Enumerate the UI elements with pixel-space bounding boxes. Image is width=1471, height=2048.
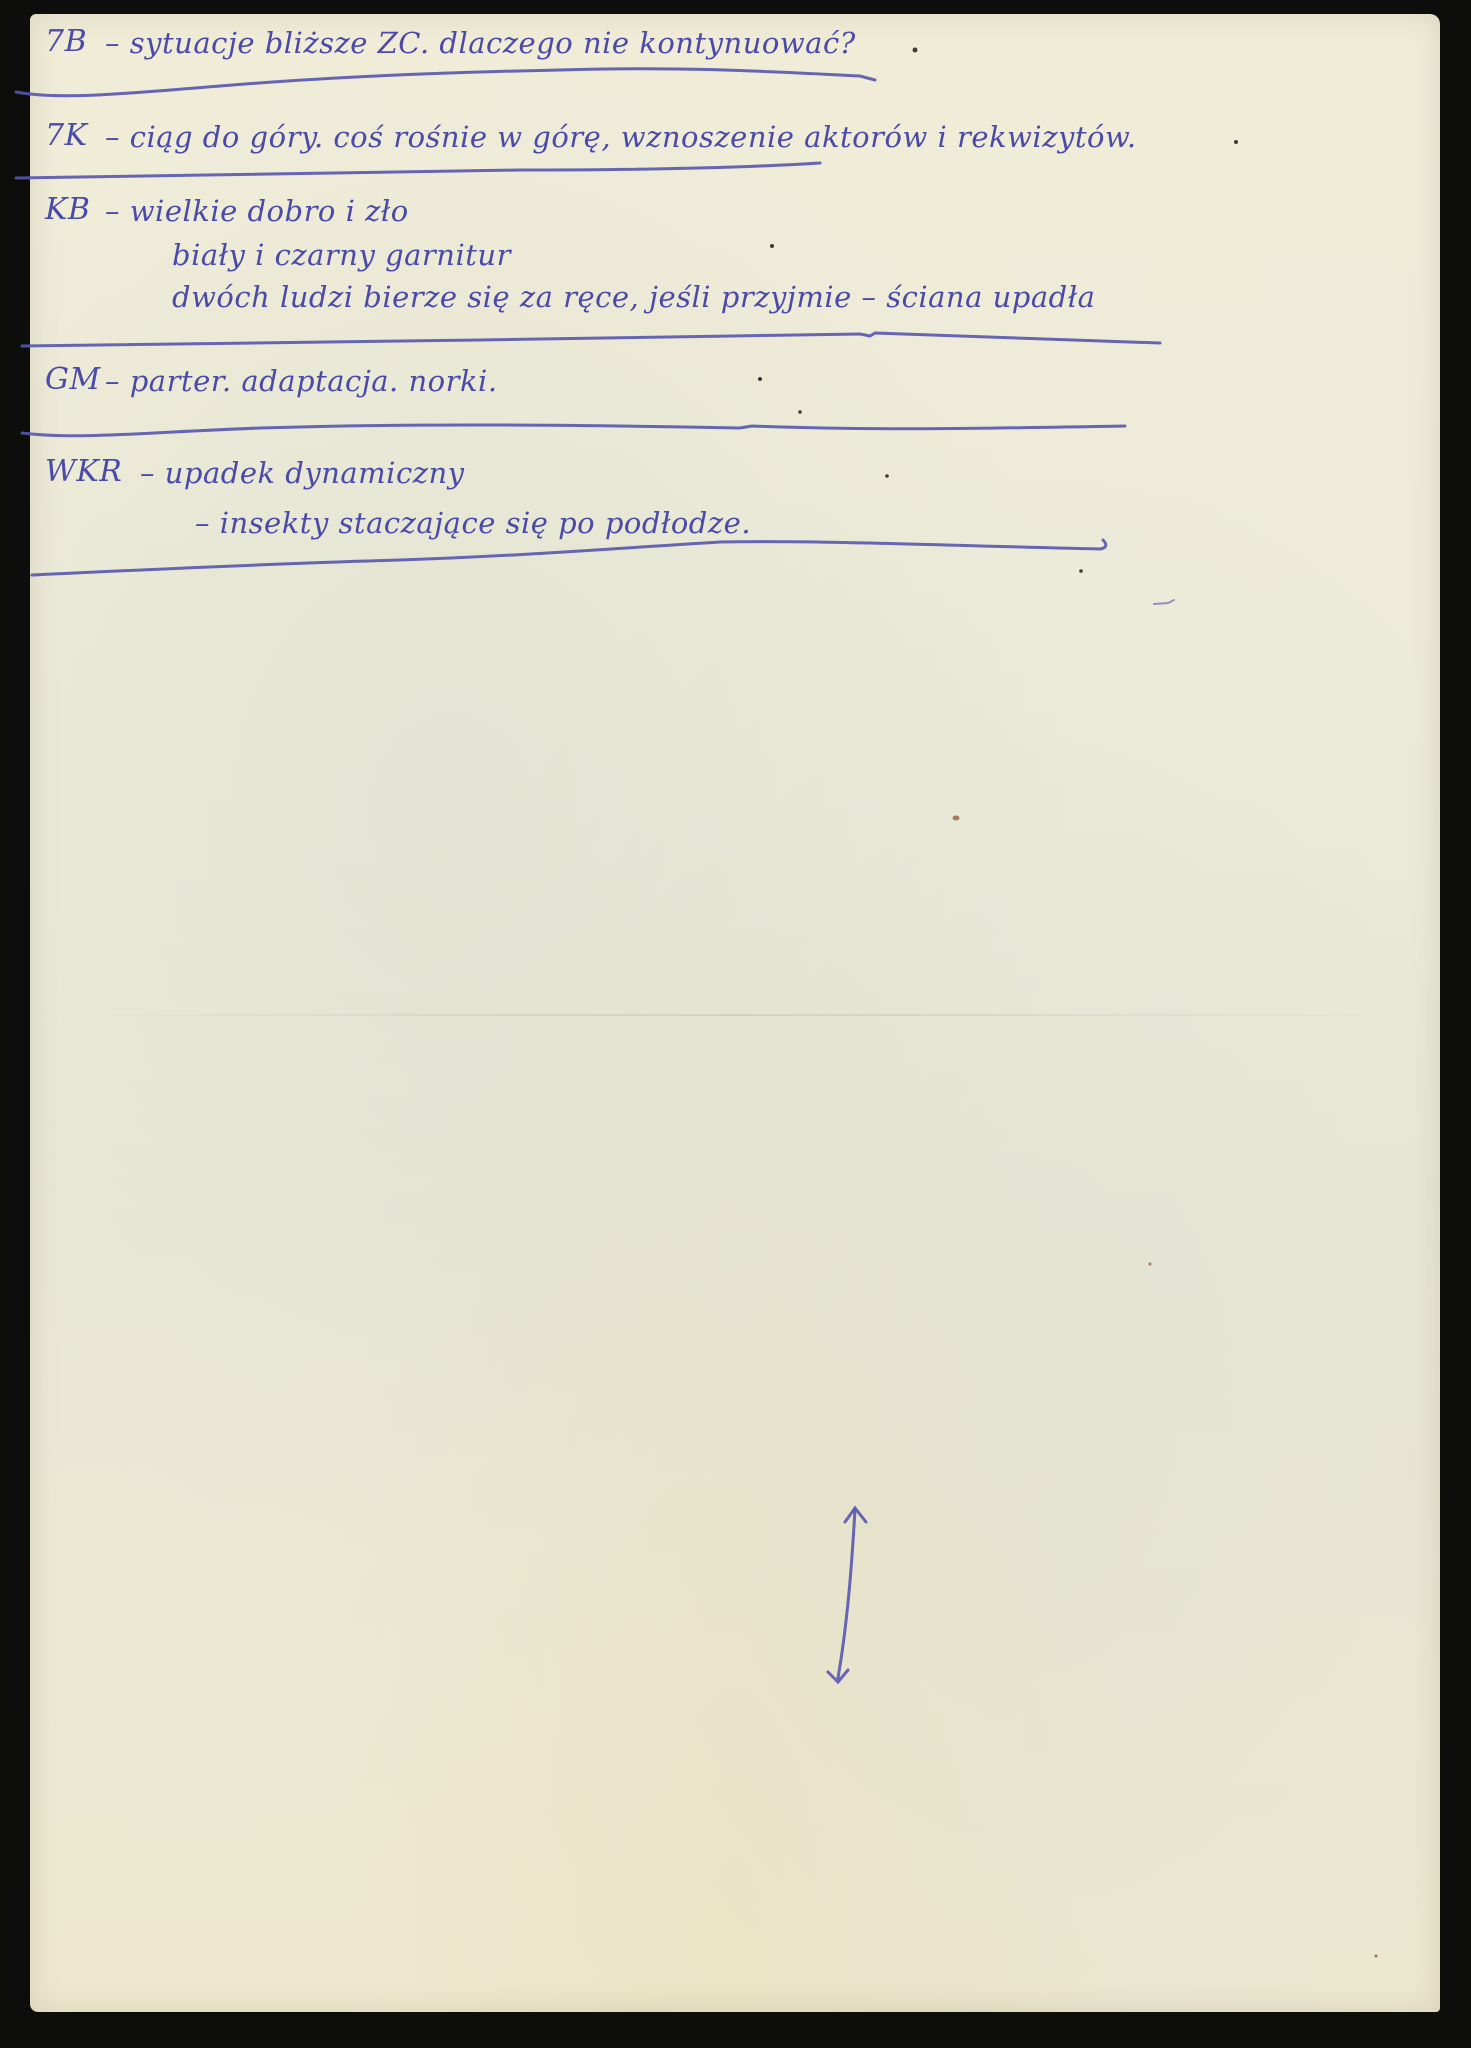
entry-text-kb-line-3: dwóch ludzi bierze się za ręce, jeśli pr… [172, 280, 1095, 314]
entry-text-wkr-line-1: – upadek dynamiczny [140, 456, 465, 490]
entry-text-gm-line-1: – parter. adaptacja. norki. [105, 364, 498, 398]
entry-text-kb-line-1: – wielkie dobro i zło [105, 194, 409, 228]
entry-label-kb: KB [45, 192, 90, 227]
entry-label-gm: GM [45, 362, 101, 397]
entry-label-7k: 7K [45, 118, 88, 153]
entry-text-7b-line-1: – sytuacje bliższe ZC. dlaczego nie kont… [105, 26, 856, 60]
entry-text-7k-line-1: – ciąg do góry. coś rośnie w górę, wznos… [105, 120, 1137, 154]
paper-fold-crease [30, 1014, 1440, 1016]
entry-text-wkr-line-2: – insekty staczające się po podłodze. [195, 506, 751, 540]
entry-label-7b: 7B [45, 24, 87, 59]
entry-label-wkr: WKR [45, 454, 122, 489]
entry-text-kb-line-2: biały i czarny garnitur [172, 238, 511, 272]
